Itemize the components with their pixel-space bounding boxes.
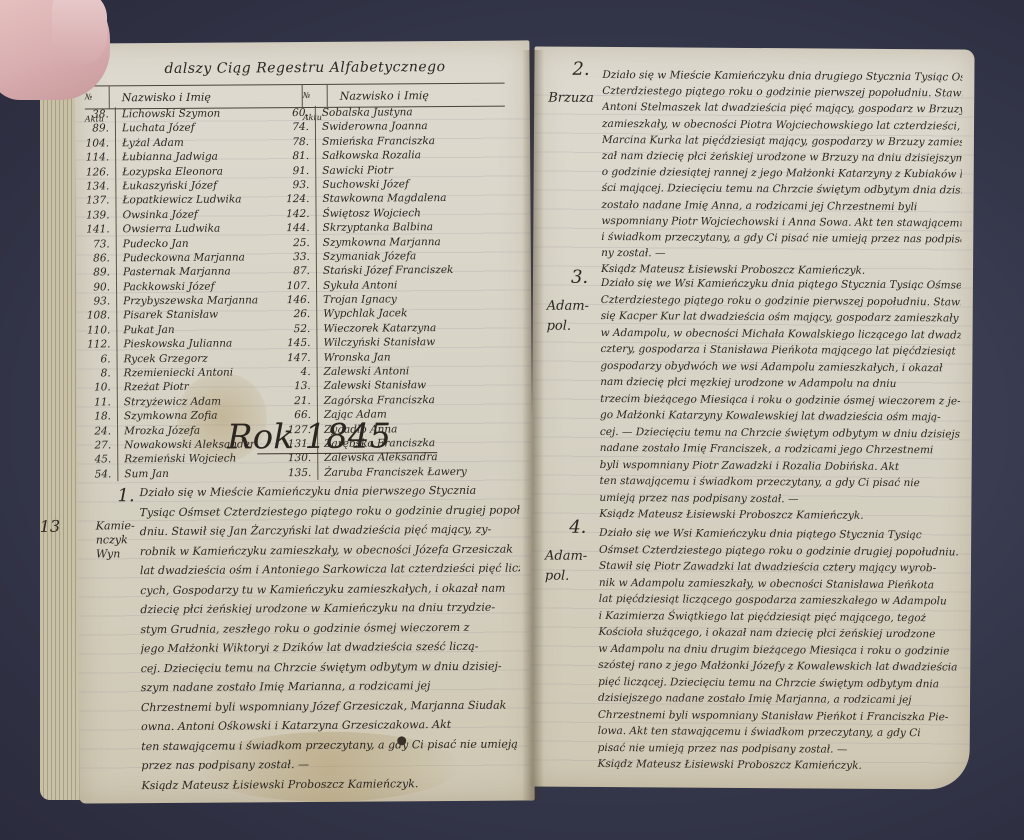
record-line: Działo się w Mieście Kamieńczyku dnia pi… xyxy=(139,481,519,503)
act-number: 135. xyxy=(287,466,318,481)
surname-forename: Rzemieniecki Antoni xyxy=(118,366,234,381)
surname-forename: Rycek Grzegorz xyxy=(118,351,208,366)
margin-label-line: pol. xyxy=(545,567,587,587)
index-row: 8.Rzemieniecki Antoni xyxy=(87,365,259,381)
act-number: 134. xyxy=(85,179,116,194)
year-title-text: Rok 1845 xyxy=(227,416,391,457)
index-heading: dalszy Ciąg Regestru Alfabetycznego xyxy=(164,59,445,77)
index-row: 81.Sałkowska Rozalia xyxy=(285,148,465,164)
act-number: 108. xyxy=(86,309,117,324)
index-row: 93.Przybyszewska Marjanna xyxy=(86,293,258,309)
act-number: 81. xyxy=(285,149,316,164)
act-number: 78. xyxy=(285,135,316,150)
act-number: 114. xyxy=(85,150,116,165)
index-row: 4.Zalewski Antoni xyxy=(287,364,467,380)
record-line: Ksiądz Mateusz Łisiewski Proboszcz Kamie… xyxy=(599,506,959,525)
index-row: 124.Stawkowna Magdalena xyxy=(285,191,465,207)
index-row: 11.Strzyżewicz Adam xyxy=(87,394,259,410)
act-number: 142. xyxy=(285,207,316,222)
index-row: 114.Łubianna Jadwiga xyxy=(85,149,257,165)
surname-forename: Stawkowna Magdalena xyxy=(316,191,446,206)
act-number: 10. xyxy=(87,381,118,396)
birth-record-entry-3: Działo się we Wsi Kamieńczyku dnia piąte… xyxy=(599,275,961,525)
margin-village-label: Brzuza xyxy=(548,89,594,109)
record-line: dziecię płci żeńskiej urodzone w Kamieńc… xyxy=(140,597,520,619)
surname-forename: Sobalska Justyna xyxy=(316,105,413,120)
record-line: ten stawającemu i świadkom przeczytany, … xyxy=(599,473,959,492)
surname-forename: Sum Jan xyxy=(118,467,169,482)
act-number: 13. xyxy=(287,379,318,394)
record-line: Kościoła służącego, i okazał nam dziecię… xyxy=(598,624,958,643)
act-number: 112. xyxy=(86,338,117,353)
act-number: 89. xyxy=(86,266,117,281)
record-line: lowa. Akt ten stawającemu i świadkom prz… xyxy=(598,723,958,742)
right-page-entries: 2.BrzuzaDziało się w Mieście Kamieńczyku… xyxy=(535,46,975,49)
record-line: Tysiąc Ośmset Czterdziestego piątego rok… xyxy=(140,500,520,522)
act-number: 38. xyxy=(85,107,116,122)
record-line: lat dwadzieścia ośm i Antoniego Sarkowic… xyxy=(140,558,520,580)
act-number: 110. xyxy=(86,323,117,338)
margin-village-label: Kamie-nczykWyn xyxy=(96,519,135,561)
surname-forename: Pieskowska Julianna xyxy=(117,337,232,352)
index-row: 21.Zagórska Franciszka xyxy=(287,393,467,409)
index-row: 25.Szymkowna Marjanna xyxy=(286,234,466,250)
right-page: 2.BrzuzaDziało się w Mieście Kamieńczyku… xyxy=(529,46,974,789)
surname-forename: Szymaniak Józefa xyxy=(317,249,416,264)
surname-forename: Suchowski Józef xyxy=(316,177,409,192)
index-row: 38.Lichowski Szymon xyxy=(85,106,257,122)
record-line: Antoni Stelmaszek lat dwadzieścia pięć m… xyxy=(602,99,962,118)
record-line: cej. Dziecięciu temu na Chrzcie świętym … xyxy=(141,656,521,678)
record-line: Chrzestnemi byli wspomniany Józef Grzesi… xyxy=(141,695,521,717)
act-number: 6. xyxy=(87,352,118,367)
holding-hand xyxy=(0,0,110,100)
index-row: 126.Łozypska Eleonora xyxy=(85,164,257,180)
surname-forename: Lichowski Szymon xyxy=(116,107,221,122)
header-name-right: Nazwisko i Imię xyxy=(328,89,429,103)
birth-record-entry-2: Działo się w Mieście Kamieńczyku dnia dr… xyxy=(601,67,962,280)
surname-forename: Żaruba Franciszek Ławery xyxy=(318,465,467,480)
index-row: 112.Pieskowska Julianna xyxy=(86,337,258,353)
act-number: 90. xyxy=(86,280,117,295)
record-line: nadane zostało Imię Franciszek, a rodzic… xyxy=(600,440,960,459)
margin-village-label: Adam-pol. xyxy=(545,547,587,587)
index-row: 146.Trojan Ignacy xyxy=(286,292,466,308)
surname-forename: Wilczyński Stanisław xyxy=(317,335,435,350)
surname-forename: Pasternak Marjanna xyxy=(117,265,231,280)
surname-forename: Stański Józef Franciszek xyxy=(317,263,454,278)
act-number: 87. xyxy=(286,264,317,279)
surname-forename: Sawicki Piotr xyxy=(316,163,393,178)
entry-number: 1. xyxy=(117,485,134,506)
index-row: 10.Rzeżat Piotr xyxy=(87,380,259,396)
margin-label-line: nczyk xyxy=(96,533,135,547)
margin-act-number: 13 xyxy=(40,520,60,534)
act-number: 126. xyxy=(85,165,116,180)
act-number: 74. xyxy=(285,120,316,135)
surname-forename: Rzemieński Wojciech xyxy=(118,452,236,467)
index-row: 144.Skrzyptanka Balbina xyxy=(286,220,466,236)
record-line: owna. Antoni Ośkowski i Katarzyna Grzesi… xyxy=(141,714,521,736)
act-number: 54. xyxy=(87,467,118,482)
act-number: 139. xyxy=(86,208,117,223)
index-row: 54.Sum Jan xyxy=(87,466,259,482)
surname-forename: Łyżal Adam xyxy=(116,136,184,151)
index-row: 104.Łyżal Adam xyxy=(85,135,257,151)
record-line: dzisiejszego nadane zostało Imię Marjann… xyxy=(598,690,958,709)
record-line: stym Grudnia, zeszłego roku o godzinie ó… xyxy=(140,617,520,639)
index-row: 6.Rycek Grzegorz xyxy=(87,351,259,367)
book-gutter xyxy=(522,50,544,800)
surname-forename: Łukaszyński Józef xyxy=(116,179,217,194)
record-line: szym nadane zostało Imię Marianna, a rod… xyxy=(141,675,521,697)
act-number: 33. xyxy=(286,250,317,265)
act-number: 93. xyxy=(86,294,117,309)
record-line: przez nas podpisany został. — xyxy=(141,753,521,775)
surname-forename: Zalewski Stanisław xyxy=(318,379,427,394)
surname-forename: Wronska Jan xyxy=(318,350,391,365)
record-line: się Kacper Kur lat dwadzieścia ośm mając… xyxy=(601,308,961,327)
act-number: 147. xyxy=(287,351,318,366)
entry-number: 4. xyxy=(569,517,586,538)
entry-number: 3. xyxy=(571,267,588,288)
surname-forename: Trojan Ignacy xyxy=(317,292,397,307)
act-number: 11. xyxy=(87,395,118,410)
surname-forename: Łubianna Jadwiga xyxy=(116,150,218,165)
record-line: Stawił się Piotr Zawadzki lat dwadzieści… xyxy=(599,558,959,577)
act-number: 89. xyxy=(85,122,116,137)
surname-forename: Przybyszewska Marjanna xyxy=(117,293,258,308)
year-title: Rok 1845 xyxy=(227,416,437,454)
margin-label-line: Wyn xyxy=(96,547,135,561)
record-line: ten stawającemu i świadkom przeczytany, … xyxy=(141,734,521,756)
record-line: cych, Gospodarzy tu w Kamieńczyku zamies… xyxy=(140,578,520,600)
index-row: 91.Sawicki Piotr xyxy=(285,162,465,178)
act-number: 141. xyxy=(86,222,117,237)
act-number: 25. xyxy=(286,235,317,250)
index-row: 73.Pudecko Jan xyxy=(86,236,258,252)
header-act-number-right: № Aktu xyxy=(302,85,328,107)
act-number: 73. xyxy=(86,237,117,252)
surname-forename: Zalewski Antoni xyxy=(318,364,410,379)
left-page: dalszy Ciąg Regestru Alfabetycznego № Ak… xyxy=(74,40,534,803)
birth-record-entry-4: Działo się we Wsi Kamieńczyku dnia piąte… xyxy=(598,525,960,775)
margin-label-line: Brzuza xyxy=(548,89,594,109)
record-line: Ksiądz Mateusz Łisiewski Proboszcz Kamie… xyxy=(141,773,521,795)
surname-forename: Rzeżat Piotr xyxy=(118,380,189,395)
surname-forename: Wypchlak Jacek xyxy=(317,307,407,322)
act-number: 26. xyxy=(286,307,317,322)
index-row: 107.Sykuła Antoni xyxy=(286,278,466,294)
surname-forename: Świętosz Wojciech xyxy=(316,206,420,221)
index-row: 87.Stański Józef Franciszek xyxy=(286,263,466,279)
surname-forename: Szymkowna Zofia xyxy=(118,409,218,424)
record-line: nam dziecię płci męzkiej urodzone w Adam… xyxy=(600,374,960,393)
act-number: 107. xyxy=(286,279,317,294)
act-number: 52. xyxy=(286,322,317,337)
index-row: 93.Suchowski Józef xyxy=(285,177,465,193)
surname-forename: Pukat Jan xyxy=(117,323,174,338)
record-line: robnik w Kamieńczyku zamieszkały, w obec… xyxy=(140,539,520,561)
surname-forename: Skrzyptanka Balbina xyxy=(317,220,434,235)
act-number: 137. xyxy=(85,194,116,209)
act-number: 91. xyxy=(285,163,316,178)
record-line: Działo się we Wsi Kamieńczyku dnia piąte… xyxy=(601,275,961,294)
surname-forename: Sykuła Antoni xyxy=(317,278,397,293)
margin-village-label: Adam-pol. xyxy=(547,297,589,337)
index-row: 141.Owsierra Ludwika xyxy=(86,221,258,237)
index-row: 78.Smieńska Franciszka xyxy=(285,134,465,150)
index-row: 135.Żaruba Franciszek Ławery xyxy=(287,465,467,481)
act-number: 45. xyxy=(87,453,118,468)
surname-forename: Swiderowna Joanna xyxy=(316,120,428,135)
index-row: 134.Łukaszyński Józef xyxy=(85,178,257,194)
surname-forename: Owsierra Ludwika xyxy=(117,222,221,237)
act-number: 144. xyxy=(286,221,317,236)
index-row: 74.Swiderowna Joanna xyxy=(285,119,465,135)
act-number: 24. xyxy=(87,424,118,439)
index-row: 110.Pukat Jan xyxy=(86,322,258,338)
act-number: 86. xyxy=(86,251,117,266)
act-number: 4. xyxy=(287,365,318,380)
surname-forename: Sałkowska Rozalia xyxy=(316,148,421,163)
index-row: 137.Łopatkiewicz Ludwika xyxy=(85,193,257,209)
record-line: cztery, gospodarza i Stanisława Pieńkota… xyxy=(600,341,960,360)
surname-forename: Pudecko Jan xyxy=(117,236,189,251)
record-line: jego Małżonki Wiktoryi z Dzików lat dwad… xyxy=(141,636,521,658)
record-line: go Małżonki Katarzyny Kowalewskiej lat d… xyxy=(600,407,960,426)
record-line: Działo się we Wsi Kamieńczyku dnia piąte… xyxy=(599,525,959,544)
surname-forename: Strzyżewicz Adam xyxy=(118,394,221,409)
surname-forename: Wieczorek Katarzyna xyxy=(317,321,436,336)
record-line: Ksiądz Mateusz Łisiewski Proboszcz Kamie… xyxy=(598,756,958,775)
act-number: 104. xyxy=(85,136,116,151)
index-row: 60.Sobalska Justyna xyxy=(285,105,465,121)
index-row: 13.Zalewski Stanisław xyxy=(287,378,467,394)
index-row: 33.Szymaniak Józefa xyxy=(286,249,466,265)
surname-forename: Mrozka Józefa xyxy=(118,423,200,438)
index-row: 139.Owsinka Józef xyxy=(86,207,258,223)
record-line: ści mającej. Dziecięciu temu na Chrzcie … xyxy=(602,180,962,199)
act-number: 27. xyxy=(87,438,118,453)
surname-forename: Owsinka Józef xyxy=(117,207,198,222)
index-row: 90.Packkowski Józef xyxy=(86,279,258,295)
act-number: 60. xyxy=(285,106,316,121)
index-row: 26.Wypchlak Jacek xyxy=(286,306,466,322)
surname-forename: Luchata Józef xyxy=(116,121,195,136)
act-number: 124. xyxy=(285,192,316,207)
act-number: 145. xyxy=(286,336,317,351)
index-row: 52.Wieczorek Katarzyna xyxy=(286,321,466,337)
index-row: 86.Pudeckowna Marjanna xyxy=(86,250,258,266)
index-row: 145.Wilczyński Stanisław xyxy=(286,335,466,351)
open-register-book: dalszy Ciąg Regestru Alfabetycznego № Ak… xyxy=(22,30,982,810)
index-row: 147.Wronska Jan xyxy=(287,350,467,366)
act-number: 18. xyxy=(87,410,118,425)
surname-forename: Pisarek Stanisław xyxy=(117,308,218,323)
margin-label-line: Adam- xyxy=(545,547,587,567)
index-row: 108.Pisarek Stanisław xyxy=(86,308,258,324)
surname-forename: Łozypska Eleonora xyxy=(116,164,223,179)
act-number: 21. xyxy=(287,394,318,409)
surname-forename: Smieńska Franciszka xyxy=(316,134,435,149)
surname-forename: Szymkowna Marjanna xyxy=(317,235,441,250)
ink-blot xyxy=(397,736,406,745)
margin-label-line: pol. xyxy=(547,317,589,337)
act-number: 146. xyxy=(286,293,317,308)
header-name-left: Nazwisko i Imię xyxy=(110,90,302,104)
surname-forename: Pudeckowna Marjanna xyxy=(117,250,245,265)
index-row: 89.Pasternak Marjanna xyxy=(86,265,258,281)
record-line: dniu. Stawił się Jan Żarczyński lat dwad… xyxy=(140,520,520,542)
surname-forename: Łopatkiewicz Ludwika xyxy=(116,193,241,208)
index-row: 89.Luchata Józef xyxy=(85,121,257,137)
record-line: szóstej rano z jego Małżonki Józefy z Ko… xyxy=(598,657,958,676)
birth-record-entry-1: Działo się w Mieście Kamieńczyku dnia pi… xyxy=(139,481,521,796)
record-line: lat pięćdziesiąt liczącego gospodarza za… xyxy=(599,591,959,610)
act-number: 8. xyxy=(87,366,118,381)
margin-label-line: Adam- xyxy=(547,297,589,317)
entry-number: 2. xyxy=(572,59,589,80)
act-number: 93. xyxy=(285,178,316,193)
surname-forename: Packkowski Józef xyxy=(117,279,214,294)
margin-label-line: Kamie- xyxy=(96,519,135,533)
index-row: 142.Świętosz Wojciech xyxy=(285,206,465,222)
surname-forename: Zagórska Franciszka xyxy=(318,393,435,408)
